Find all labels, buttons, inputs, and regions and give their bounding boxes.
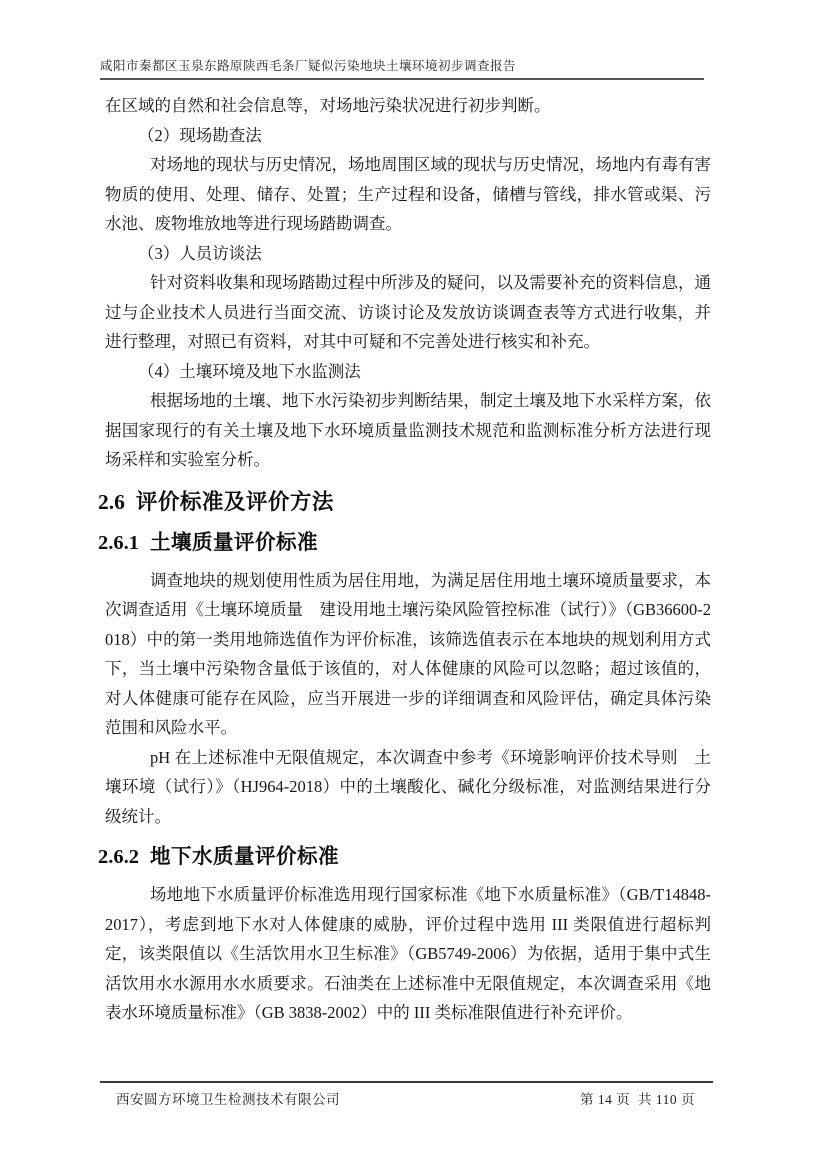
footer-company-name: 西安圆方环境卫生检测技术有限公司	[100, 1088, 340, 1108]
paragraph: pH 在上述标准中无限值规定，本次调查中参考《环境影响评价技术导则 土壤环境（试…	[105, 743, 711, 832]
running-header-title: 咸阳市秦都区玉泉东路原陕西毛条厂疑似污染地块土壤环境初步调查报告	[100, 56, 704, 80]
paragraph: 场地地下水质量评价标准选用现行国家标准《地下水质量标准》（GB/T14848-2…	[105, 880, 711, 1028]
section-heading-2-6-1: 2.6.1土壤质量评价标准	[98, 529, 711, 558]
paragraph: 针对资料收集和现场踏勘过程中所涉及的疑问，以及需要补充的资料信息，通过与企业技术…	[105, 268, 711, 357]
section-title: 评价标准及评价方法	[136, 490, 334, 514]
section-heading-2-6-2: 2.6.2地下水质量评价标准	[98, 843, 711, 872]
paragraph: 调查地块的规划使用性质为居住用地，为满足居住用地土壤环境质量要求，本次调查适用《…	[105, 566, 711, 743]
section-number: 2.6.2	[98, 846, 139, 868]
method-item-2: （2）现场勘查法	[105, 121, 711, 151]
report-page: 咸阳市秦都区玉泉东路原陕西毛条厂疑似污染地块土壤环境初步调查报告 在区域的自然和…	[0, 0, 827, 1169]
section-heading-2-6: 2.6评价标准及评价方法	[98, 487, 711, 517]
method-item-3: （3）人员访谈法	[105, 239, 711, 269]
section-title: 土壤质量评价标准	[150, 532, 318, 554]
section-number: 2.6.1	[98, 532, 139, 554]
paragraph: 在区域的自然和社会信息等，对场地污染状况进行初步判断。	[105, 91, 711, 121]
page-body: 在区域的自然和社会信息等，对场地污染状况进行初步判断。 （2）现场勘查法 对场地…	[105, 91, 711, 1028]
footer-page-indicator: 第 14 页 共 110 页	[580, 1088, 713, 1108]
section-number: 2.6	[98, 490, 125, 514]
method-item-4: （4）土壤环境及地下水监测法	[105, 357, 711, 387]
page-footer: 西安圆方环境卫生检测技术有限公司 第 14 页 共 110 页	[100, 1081, 713, 1108]
section-title: 地下水质量评价标准	[150, 846, 339, 868]
paragraph: 对场地的现状与历史情况，场地周围区域的现状与历史情况，场地内有毒有害物质的使用、…	[105, 150, 711, 239]
paragraph: 根据场地的土壤、地下水污染初步判断结果，制定土壤及地下水采样方案，依据国家现行的…	[105, 386, 711, 475]
